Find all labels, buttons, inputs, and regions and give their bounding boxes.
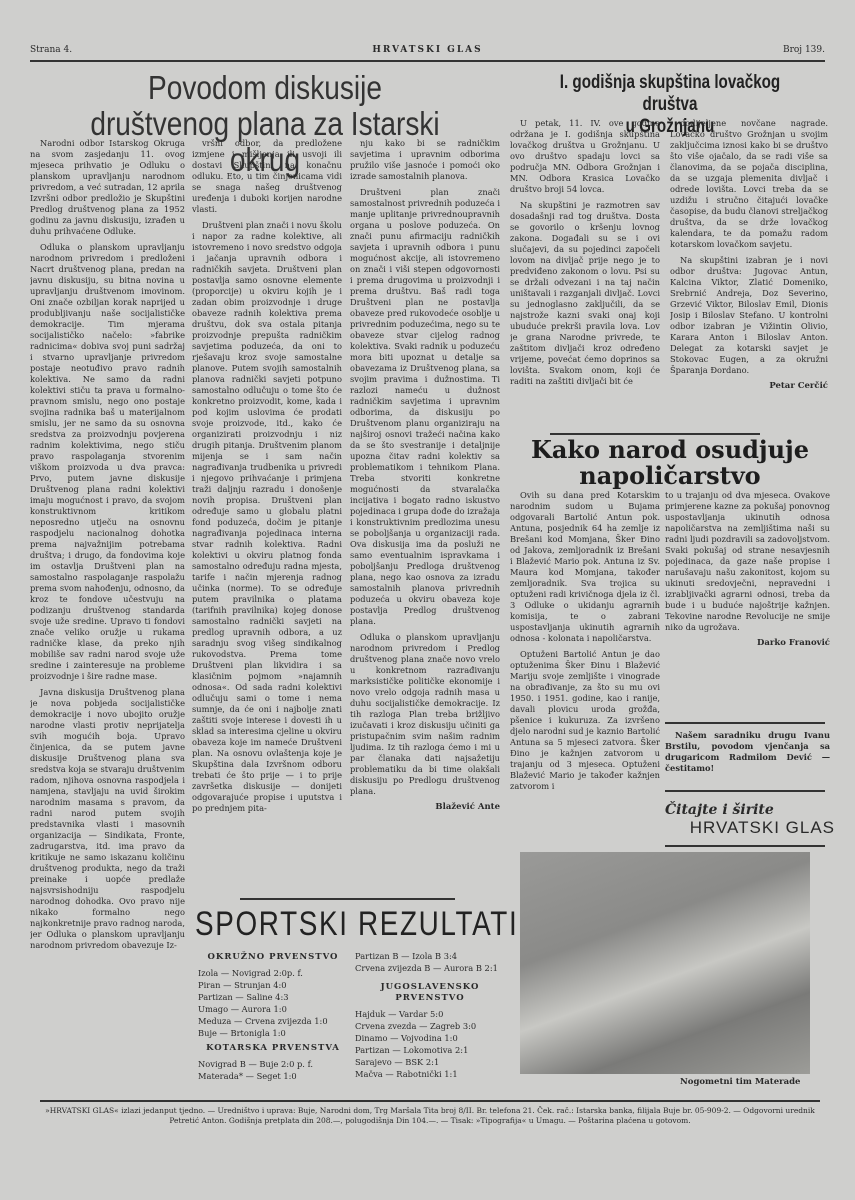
signature: Blažević Ante — [350, 802, 500, 813]
paragraph: Na skupštini je razmotren sav dosadašnji… — [510, 200, 660, 387]
paragraph: U petak, 11. IV. ove godine održana je I… — [510, 118, 660, 195]
article-napolicarstvo-col2: to u trajanju od dva mjeseca. Ovakove pr… — [665, 490, 830, 649]
section-heading: JUGOSLAVENSKO PRVENSTVO — [355, 982, 505, 1004]
section-heading: KOTARSKA PRVENSTVA — [198, 1043, 348, 1054]
imprint-footer: »HRVATSKI GLAS« izlazi jedanput tjedno. … — [40, 1100, 820, 1126]
article-skupstina-col1: U petak, 11. IV. ove godine održana je I… — [510, 118, 660, 428]
masthead-title: HRVATSKI GLAS — [372, 45, 482, 55]
paragraph: dodijeljene novčane nagrade. Lovačko dru… — [670, 118, 828, 250]
sports-col1: OKRUŽNO PRVENSTVO Izola — Novigrad 2:0p.… — [198, 948, 348, 1082]
photo-caption: Nogometni tim Materade — [680, 1077, 800, 1087]
match-result: Partizan B — Izola B 3:4 — [355, 950, 505, 962]
divider — [665, 845, 825, 847]
match-result: Crvena zvezda — Zagreb 3:0 — [355, 1020, 505, 1032]
promo-box: Čitajte i širite HRVATSKI GLAS — [665, 802, 835, 838]
team-photo — [520, 852, 810, 1074]
article-diskusija-col3: nju kako bi se radničkim savjetima i upr… — [350, 138, 500, 896]
paragraph: Društveni plan znači i novu školu i napo… — [192, 220, 342, 814]
divider — [240, 898, 455, 900]
match-result: Partizan — Lokomotiva 2:1 — [355, 1044, 505, 1056]
title-line: Kako narod osudjuje — [505, 437, 835, 463]
article-diskusija-col2: vršni odbor, da predložene izmjene i miš… — [192, 138, 342, 896]
title-line: I. godišnja skupština lovačkog društva — [538, 72, 802, 116]
match-result: Buje — Brtonigla 1:0 — [198, 1027, 348, 1039]
divider — [665, 722, 825, 724]
paragraph: Na skupštini izabran je i novi odbor dru… — [670, 255, 828, 376]
article-diskusija-col1: Narodni odbor Istarskog Okruga na svom z… — [30, 138, 185, 1088]
paragraph: Odluka o planskom upravljanju narodnom p… — [350, 632, 500, 797]
paragraph: nju kako bi se radničkim savjetima i upr… — [350, 138, 500, 182]
paragraph: to u trajanju od dva mjeseca. Ovakove pr… — [665, 490, 830, 633]
paragraph: vršni odbor, da predložene izmjene i miš… — [192, 138, 342, 215]
match-result: Sarajevo — BSK 2:1 — [355, 1056, 505, 1068]
match-result: Mačva — Rabotnički 1:1 — [355, 1068, 505, 1080]
match-result: Novigrad B — Buje 2:0 p. f. — [198, 1058, 348, 1070]
paragraph: Odluka o planskom upravljanju narodnom p… — [30, 242, 185, 682]
match-result: Dinamo — Vojvodina 1:0 — [355, 1032, 505, 1044]
article-skupstina-col2: dodijeljene novčane nagrade. Lovačko dru… — [670, 118, 828, 428]
signature: Darko Franović — [665, 638, 830, 649]
match-result: Hajduk — Vardar 5:0 — [355, 1008, 505, 1020]
page-number: Strana 4. — [30, 45, 72, 55]
article-napolicarstvo-title: Kako narod osudjuje napoličarstvo — [505, 437, 835, 489]
divider — [665, 790, 825, 792]
paragraph: Ovih su dana pred Kotarskim narodnim sud… — [510, 490, 660, 644]
section-heading: OKRUŽNO PRVENSTVO — [198, 952, 348, 963]
newspaper-page: Strana 4. HRVATSKI GLAS Broj 139. Povodo… — [0, 0, 855, 1200]
match-result: Piran — Strunjan 4:0 — [198, 979, 348, 991]
match-result: Meduza — Crvena zvijezda 1:0 — [198, 1015, 348, 1027]
paragraph: Optuženi Bartolić Antun je dao optuženim… — [510, 649, 660, 792]
match-result: Crvena zvijezda B — Aurora B 2:1 — [355, 962, 505, 974]
sports-col2: Partizan B — Izola B 3:4 Crvena zvijezda… — [355, 950, 505, 1080]
paragraph: Društveni plan znači samostalnost privre… — [350, 187, 500, 627]
paragraph: Narodni odbor Istarskog Okruga na svom z… — [30, 138, 185, 237]
sports-title: SPORTSKI REZULTATI — [195, 905, 457, 944]
title-line: Povodom diskusije — [65, 70, 465, 106]
match-result: Izola — Novigrad 2:0p. f. — [198, 967, 348, 979]
issue-number: Broj 139. — [783, 45, 825, 55]
signature: Petar Cerčić — [670, 381, 828, 392]
promo-line2: HRVATSKI GLAS — [665, 818, 835, 838]
paragraph: Našem saradniku drugu Ivanu Brstilu, pov… — [665, 730, 830, 774]
promo-line1: Čitajte i širite — [665, 802, 835, 818]
article-napolicarstvo-col1: Ovih su dana pred Kotarskim narodnim sud… — [510, 490, 660, 830]
match-result: Materada* — Seget 1:0 — [198, 1070, 348, 1082]
match-result: Umago — Aurora 1:0 — [198, 1003, 348, 1015]
title-line: napoličarstvo — [505, 463, 835, 489]
congratulations-note: Našem saradniku drugu Ivanu Brstilu, pov… — [665, 730, 830, 779]
match-result: Partizan — Saline 4:3 — [198, 991, 348, 1003]
paragraph: Javna diskusija Društvenog plana je nova… — [30, 687, 185, 951]
page-header: Strana 4. HRVATSKI GLAS Broj 139. — [30, 40, 825, 62]
